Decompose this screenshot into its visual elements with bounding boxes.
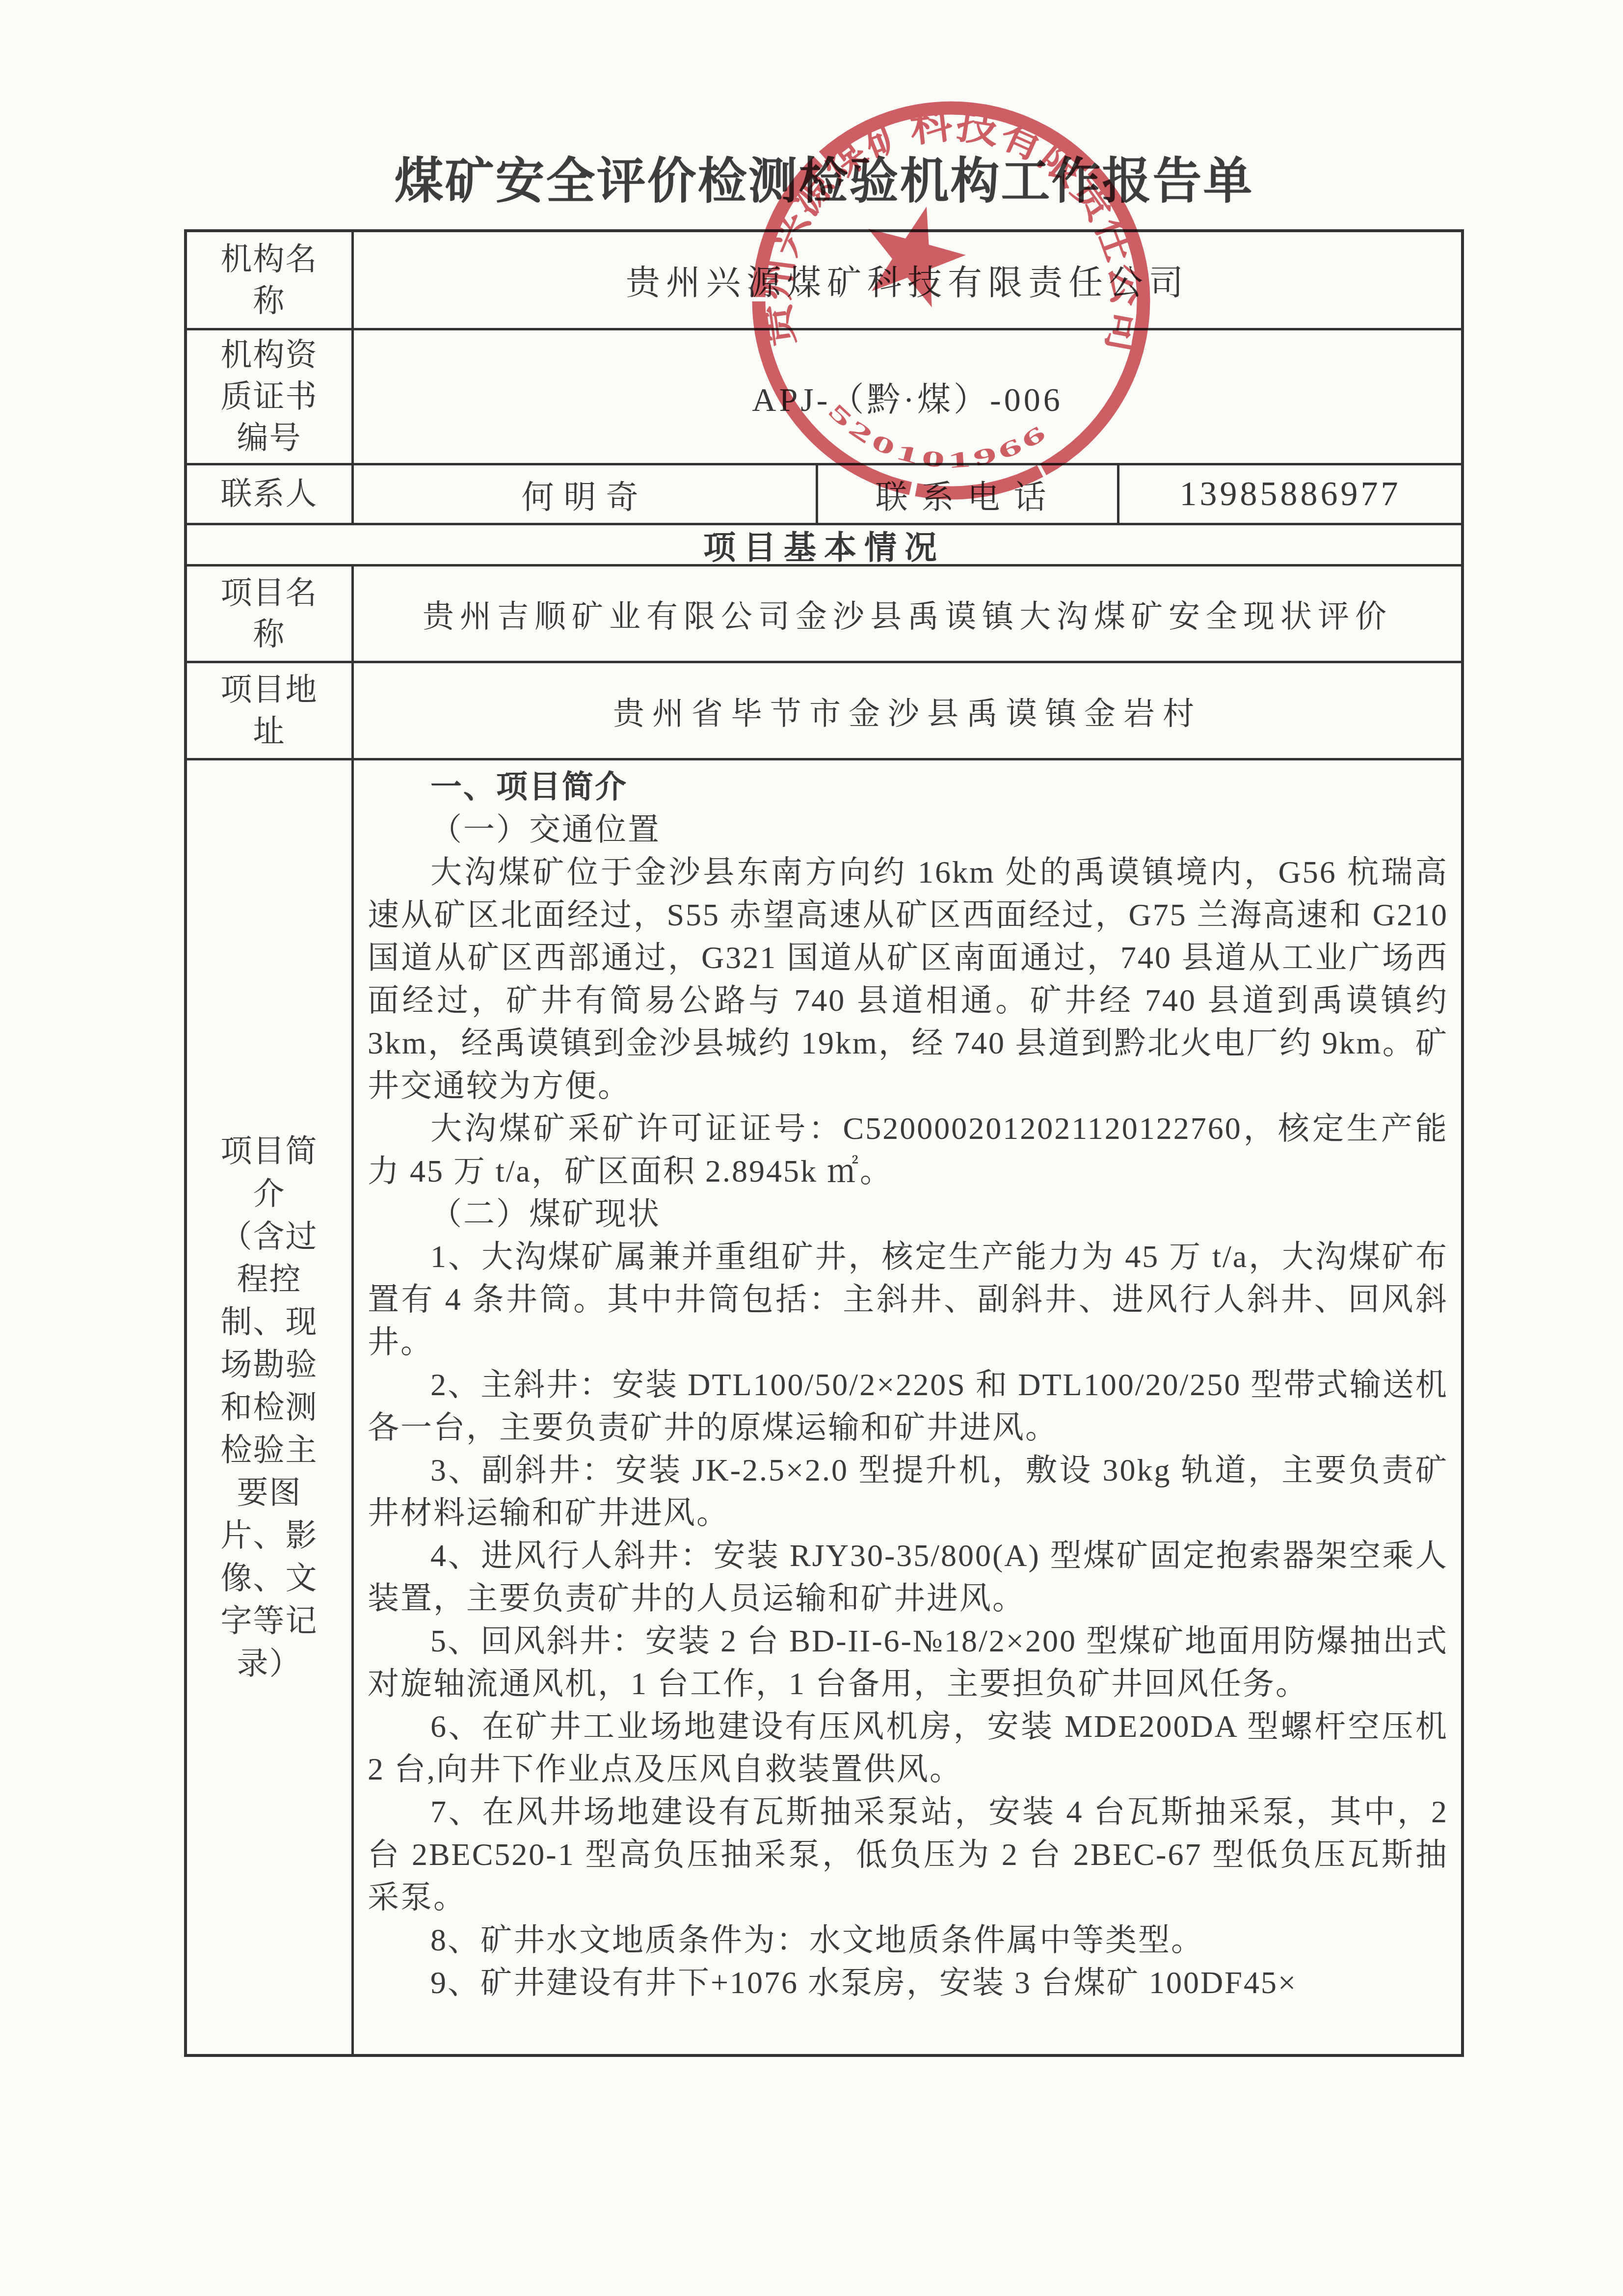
intro-para-2: 大沟煤矿采矿许可证证号：C5200002012021120122760，核定生产… (368, 1107, 1448, 1192)
org-name-label: 机构名 称 (187, 232, 354, 328)
org-cert-label: 机构资 质证书 编号 (187, 330, 354, 463)
intro-sub-1: （一）交通位置 (368, 808, 1448, 851)
intro-para-1: 大沟煤矿位于金沙县东南方向约 16km 处的禹谟镇境内，G56 杭瑞高速从矿区北… (368, 851, 1448, 1107)
row-contact: 联系人 何明奇 联系电话 13985886977 (187, 465, 1461, 525)
intro-para-7: 5、回风斜井：安装 2 台 BD-II-6-№18/2×200 型煤矿地面用防爆… (368, 1620, 1448, 1705)
org-cert-value: APJ-（黔·煤）-006 (354, 330, 1461, 463)
row-project-name: 项目名 称 贵州吉顺矿业有限公司金沙县禹谟镇大沟煤矿安全现状评价 (187, 567, 1461, 663)
project-name-value: 贵州吉顺矿业有限公司金沙县禹谟镇大沟煤矿安全现状评价 (354, 567, 1461, 661)
row-org-cert: 机构资 质证书 编号 APJ-（黔·煤）-006 (187, 330, 1461, 465)
project-name-label: 项目名 称 (187, 567, 354, 661)
org-name-value: 贵州兴源煤矿科技有限责任公司 (354, 232, 1461, 328)
row-section-header: 项目基本情况 (187, 525, 1461, 567)
contact-label: 联系人 (187, 465, 354, 523)
phone-value: 13985886977 (1119, 465, 1461, 523)
intro-para-11: 9、矿井建设有井下+1076 水泵房，安装 3 台煤矿 100DF45× (368, 1961, 1448, 2004)
intro-para-10: 8、矿井水文地质条件为：水文地质条件属中等类型。 (368, 1918, 1448, 1961)
intro-content: 一、项目简介 （一）交通位置 大沟煤矿位于金沙县东南方向约 16km 处的禹谟镇… (354, 760, 1461, 2054)
intro-para-8: 6、在矿井工业场地建设有压风机房，安装 MDE200DA 型螺杆空压机 2 台,… (368, 1705, 1448, 1790)
report-table: 机构名 称 贵州兴源煤矿科技有限责任公司 机构资 质证书 编号 APJ-（黔·煤… (184, 229, 1464, 2057)
row-org-name: 机构名 称 贵州兴源煤矿科技有限责任公司 (187, 232, 1461, 330)
intro-sub-2: （二）煤矿现状 (368, 1192, 1448, 1235)
scanned-report-page: { "title": "煤矿安全评价检测检验机构工作报告单", "seal": … (0, 0, 1623, 2296)
document-title: 煤矿安全评价检测检验机构工作报告单 (184, 141, 1464, 212)
section-header: 项目基本情况 (187, 525, 1461, 564)
phone-label: 联系电话 (818, 465, 1119, 523)
intro-heading: 一、项目简介 (368, 765, 1448, 808)
contact-value: 何明奇 (354, 465, 818, 523)
project-address-value: 贵州省毕节市金沙县禹谟镇金岩村 (354, 663, 1461, 758)
intro-para-3: 1、大沟煤矿属兼并重组矿井，核定生产能力为 45 万 t/a，大沟煤矿布置有 4… (368, 1235, 1448, 1363)
row-project-intro: 项目简 介 （含过 程控 制、现 场勘验 和检测 检验主 要图 片、影 像、文 … (187, 760, 1461, 2054)
intro-label: 项目简 介 （含过 程控 制、现 场勘验 和检测 检验主 要图 片、影 像、文 … (187, 760, 354, 2054)
intro-para-9: 7、在风井场地建设有瓦斯抽采泵站，安装 4 台瓦斯抽采泵，其中，2 台 2BEC… (368, 1790, 1448, 1918)
intro-para-4: 2、主斜井：安装 DTL100/50/2×220S 和 DTL100/20/25… (368, 1363, 1448, 1449)
project-address-label: 项目地 址 (187, 663, 354, 758)
intro-para-5: 3、副斜井：安装 JK-2.5×2.0 型提升机，敷设 30kg 轨道，主要负责… (368, 1449, 1448, 1534)
intro-para-6: 4、进风行人斜井：安装 RJY30-35/800(A) 型煤矿固定抱索器架空乘人… (368, 1534, 1448, 1620)
row-project-address: 项目地 址 贵州省毕节市金沙县禹谟镇金岩村 (187, 663, 1461, 760)
